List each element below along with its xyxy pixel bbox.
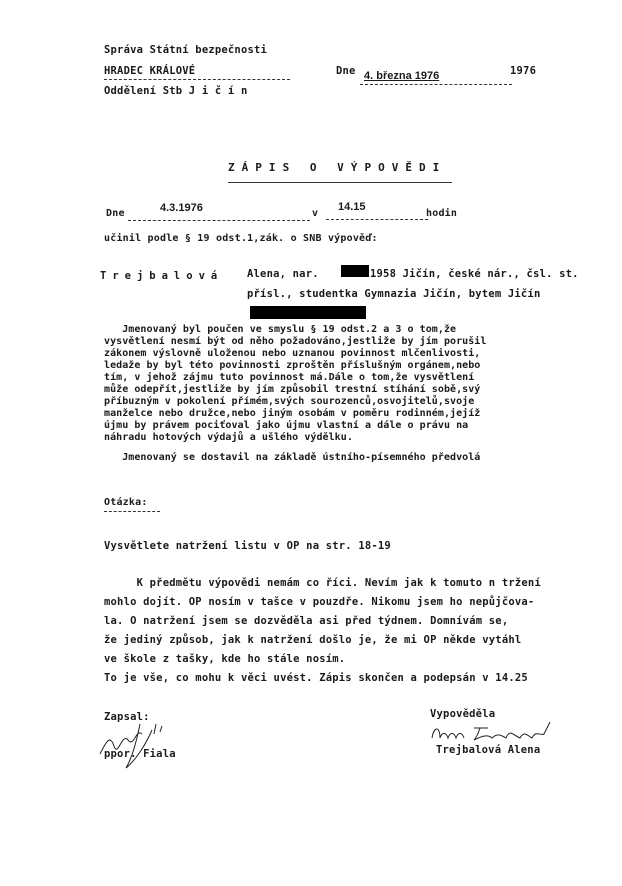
session-time: 14.15	[338, 201, 366, 213]
document-title: Z Á P I S O V Ý P O V Ě D I	[228, 161, 440, 174]
instruction-line: zákonem výslovně uloženou nebo uznanou p…	[104, 348, 480, 360]
legal-basis-line: učinil podle § 19 odst.1,zák. o SNB výpo…	[104, 232, 378, 245]
answer-line: la. O natržení jsem se dozvěděla asi pře…	[104, 612, 508, 630]
title-underline	[228, 182, 452, 183]
question-label: Otázka:	[104, 496, 148, 509]
person-line-1b: 1958 Jičín, české nár., čsl. st.	[370, 268, 579, 281]
instruction-line: příbuzným v pokolení přímém,svých souroz…	[104, 396, 474, 408]
recorder-signature	[96, 714, 176, 774]
person-surname: Trejbalová	[100, 270, 223, 283]
session-day-label: Dne	[106, 207, 125, 220]
instruction-line: Jmenovaný byl poučen ve smyslu § 19 odst…	[104, 324, 456, 336]
date-underline	[360, 84, 512, 85]
summons-line: Jmenovaný se dostavil na základě ústního…	[104, 452, 480, 464]
recorder-name: ppor. Fiala	[104, 748, 176, 761]
session-date: 4.3.1976	[160, 202, 203, 214]
answer-line: ve škole z tašky, kde ho stále nosím.	[104, 650, 345, 668]
redaction-address	[250, 306, 366, 319]
year-printed: 1976	[510, 65, 536, 78]
date-label: Dne	[336, 65, 356, 78]
org-line-3: Oddělení Stb J i č í n	[104, 85, 247, 98]
session-date-underline	[128, 220, 310, 221]
instruction-line: ledaže by byl této povinnosti zproštěn p…	[104, 360, 480, 372]
org-underline	[104, 79, 290, 80]
date-value: 4. března 1976	[364, 70, 439, 82]
instruction-line: může odepřít,jestliže by jím způsobil tr…	[104, 384, 480, 396]
instruction-line: újmu by právem pociťoval jako újmu vlast…	[104, 420, 468, 432]
answer-line: mohlo dojít. OP nosím v tašce v pouzdře.…	[104, 593, 534, 611]
question-text: Vysvětlete natržení listu v OP na str. 1…	[104, 540, 391, 553]
person-line-1: Alena, nar.	[247, 268, 319, 281]
instruction-line: tím, v jehož zájmu tuto povinnost má.Dál…	[104, 372, 474, 384]
session-hours-label: hodin	[426, 207, 457, 220]
redaction-birthdate	[341, 265, 369, 277]
session-at-label: v	[312, 207, 318, 220]
answer-line: že jediný způsob, jak k natržení došlo j…	[104, 631, 521, 649]
session-time-underline	[326, 219, 428, 220]
org-line-1: Správa Státní bezpečnosti	[104, 44, 267, 57]
instruction-line: vysvětlení nesmí být od něho požadováno,…	[104, 336, 486, 348]
answer-line: K předmětu výpovědi nemám co říci. Nevím…	[104, 574, 541, 592]
witness-name: Trejbalová Alena	[436, 744, 540, 757]
answer-line: To je vše, co mohu k věci uvést. Zápis s…	[104, 669, 528, 687]
instruction-line: manželce nebo družce,nebo jiným osobám v…	[104, 408, 480, 420]
org-line-2: HRADEC KRÁLOVÉ	[104, 65, 195, 78]
question-underline	[104, 511, 160, 512]
instruction-line: náhradu hotových výdajů a ušlého výdělku…	[104, 432, 353, 444]
person-line-2: přísl., studentka Gymnazia Jičín, bytem …	[247, 288, 540, 301]
